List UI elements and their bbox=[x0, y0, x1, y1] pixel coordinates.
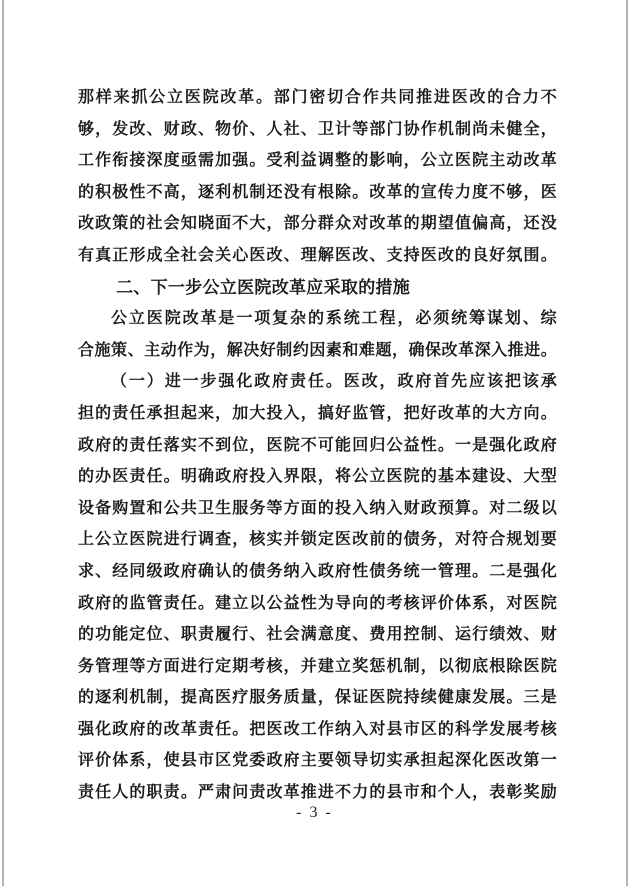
body-line: 的积极性不高，逐利机制还没有根除。改革的宣传力度不够，医 bbox=[78, 177, 557, 209]
body-line: 改政策的社会知晓面不大，部分群众对改革的期望值偏高，还没 bbox=[78, 208, 557, 240]
subheading-run: （一）进一步强化政府责任。 bbox=[111, 373, 344, 390]
body-line: 政府的责任落实不到位，医院不可能回归公益性。一是强化政府 bbox=[78, 430, 557, 462]
body-line: 合施策、主动作为，解决好制约因素和难题，确保改革深入推进。 bbox=[78, 335, 557, 367]
body-run: 医改，政府首先应该把该承 bbox=[344, 373, 557, 390]
body-line: 设备购置和公共卫生服务等方面的投入纳入财政预算。对二级以 bbox=[78, 493, 557, 525]
body-line: 担的责任承担起来，加大投入，搞好监管，把好改革的大方向。 bbox=[78, 398, 557, 430]
section-heading: 二、下一步公立医院改革应采取的措施 bbox=[78, 272, 557, 304]
body-line: 工作衔接深度亟需加强。受利益调整的影响，公立医院主动改革 bbox=[78, 145, 557, 177]
document-body: 那样来抓公立医院改革。部门密切合作共同推进医改的合力不 够，发改、财政、物价、人… bbox=[78, 82, 557, 809]
body-line: 的功能定位、职责履行、社会满意度、费用控制、运行绩效、财 bbox=[78, 619, 557, 651]
scan-edge-left bbox=[2, 0, 4, 886]
body-line: 求、经同级政府确认的债务纳入政府性债务统一管理。二是强化 bbox=[78, 556, 557, 588]
body-line: 够，发改、财政、物价、人社、卫计等部门协作机制尚未健全， bbox=[78, 114, 557, 146]
body-line: 的办医责任。明确政府投入界限，将公立医院的基本建设、大型 bbox=[78, 461, 557, 493]
body-line: 的逐利机制，提高医疗服务质量，保证医院持续健康发展。三是 bbox=[78, 682, 557, 714]
body-line: 强化政府的改革责任。把医改工作纳入对县市区的科学发展考核 bbox=[78, 714, 557, 746]
scanned-document-page: 那样来抓公立医院改革。部门密切合作共同推进医改的合力不 够，发改、财政、物价、人… bbox=[0, 0, 629, 886]
body-line: 评价体系，使县市区党委政府主要领导切实承担起深化医改第一 bbox=[78, 745, 557, 777]
scan-edge-right bbox=[626, 0, 628, 886]
body-line: 那样来抓公立医院改革。部门密切合作共同推进医改的合力不 bbox=[78, 82, 557, 114]
body-line: （一）进一步强化政府责任。医改，政府首先应该把该承 bbox=[78, 366, 557, 398]
page-number: - 3 - bbox=[0, 804, 629, 822]
body-line: 上公立医院进行调查，核实并锁定医改前的债务，对符合规划要 bbox=[78, 524, 557, 556]
body-line: 务管理等方面进行定期考核，并建立奖惩机制，以彻底根除医院 bbox=[78, 651, 557, 683]
body-line: 有真正形成全社会关心医改、理解医改、支持医改的良好氛围。 bbox=[78, 240, 557, 272]
body-line: 政府的监管责任。建立以公益性为导向的考核评价体系，对医院 bbox=[78, 588, 557, 620]
body-line: 公立医院改革是一项复杂的系统工程，必须统筹谋划、综 bbox=[78, 303, 557, 335]
